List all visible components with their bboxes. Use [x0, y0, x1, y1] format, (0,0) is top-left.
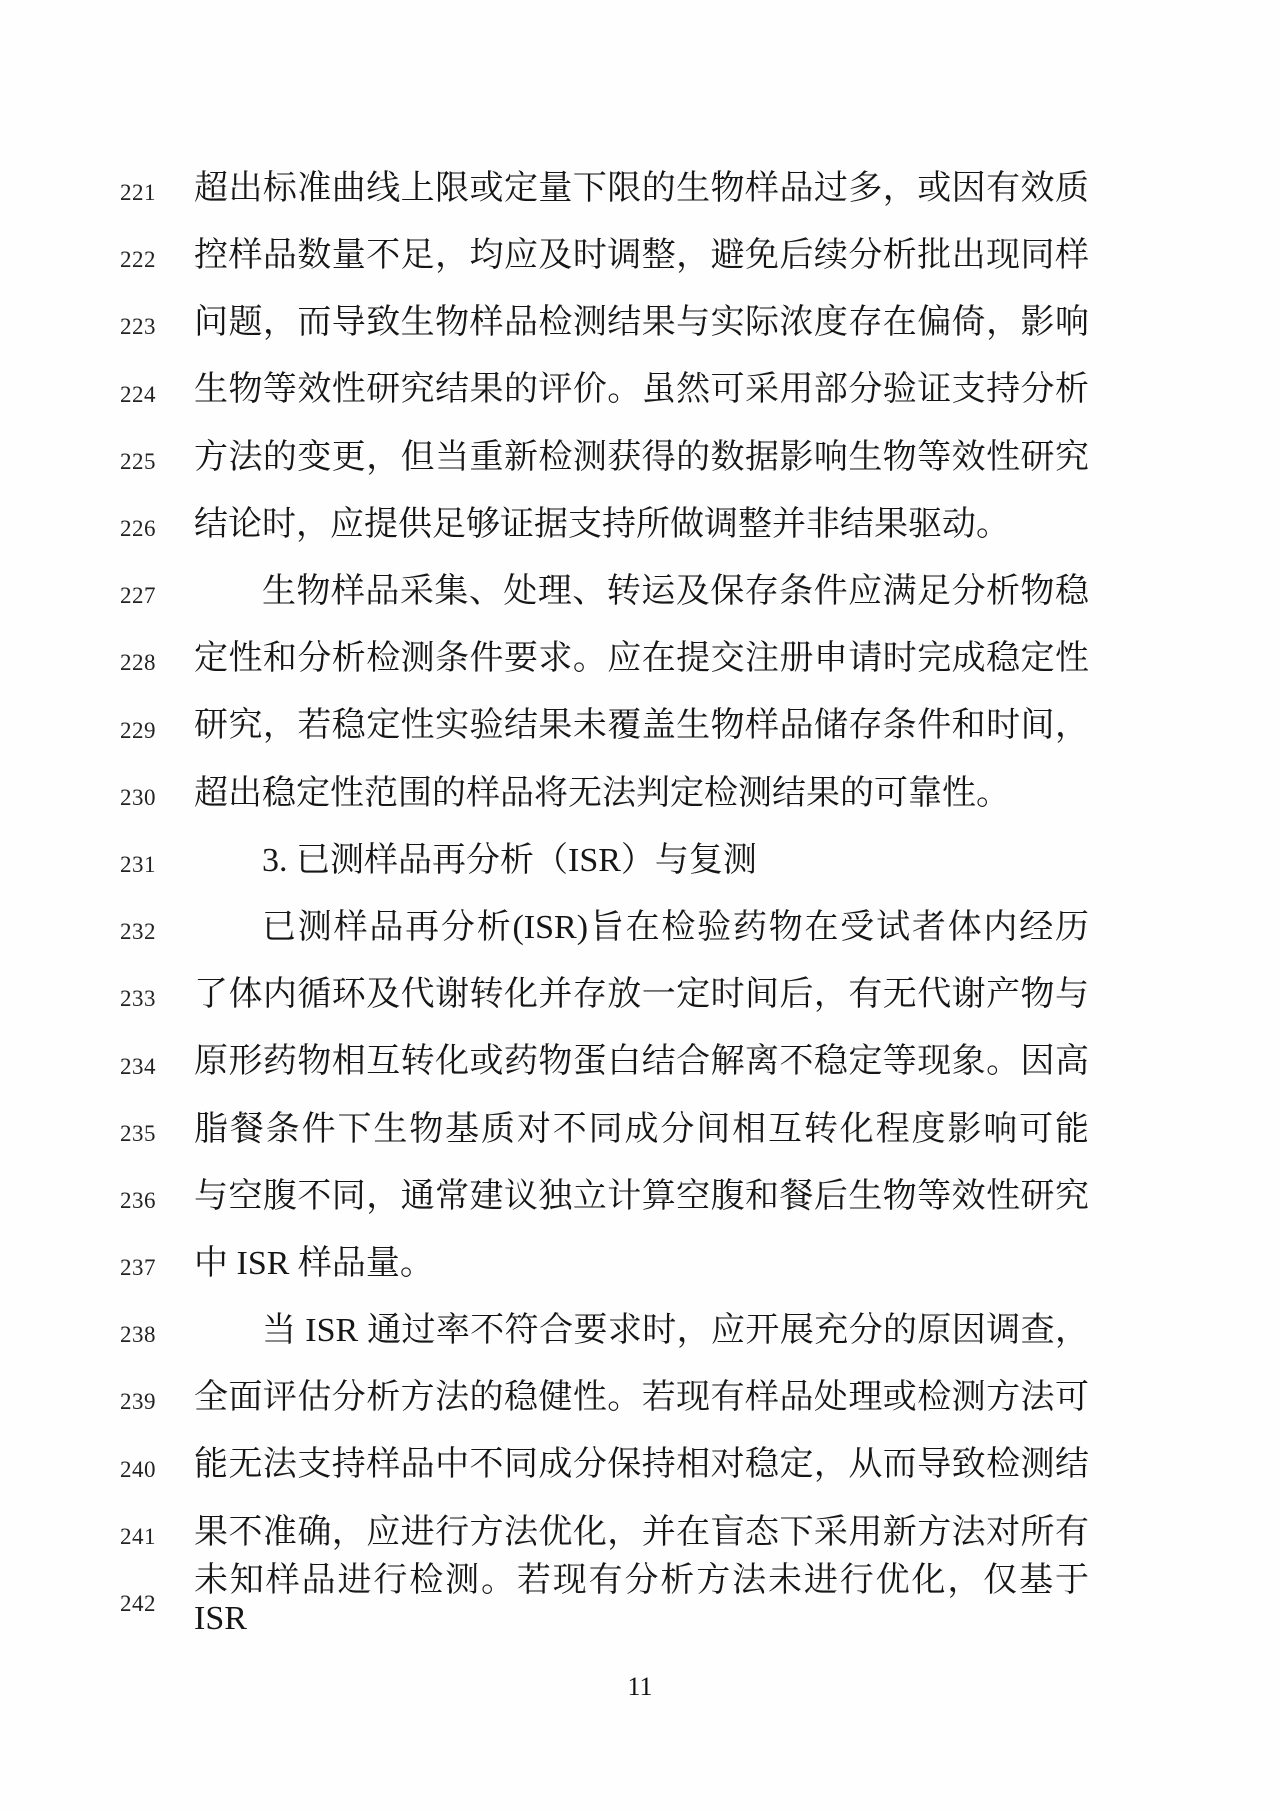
line-text: 控样品数量不足，均应及时调整，避免后续分析批出现同样	[194, 237, 1089, 274]
line-number: 235	[120, 1114, 194, 1145]
line-text: 原形药物相互转化或药物蛋白结合解离不稳定等现象。因高	[194, 1043, 1089, 1080]
line-text: 全面评估分析方法的稳健性。若现有样品处理或检测方法可	[194, 1379, 1089, 1416]
document-line: 226 结论时，应提供足够证据支持所做调整并非结果驱动。	[0, 491, 1280, 558]
line-number: 232	[120, 912, 194, 943]
document-line: 239 全面评估分析方法的稳健性。若现有样品处理或检测方法可	[0, 1364, 1280, 1431]
page-number: 11	[0, 1672, 1280, 1702]
document-line: 229 研究，若稳定性实验结果未覆盖生物样品储存条件和时间，	[0, 693, 1280, 760]
document-line: 223 问题，而导致生物样品检测结果与实际浓度存在偏倚，影响	[0, 289, 1280, 356]
line-text: 方法的变更，但当重新检测获得的数据影响生物等效性研究	[194, 439, 1089, 476]
line-number: 227	[120, 576, 194, 607]
document-line: 228 定性和分析检测条件要求。应在提交注册申请时完成稳定性	[0, 625, 1280, 692]
line-text: 已测样品再分析(ISR)旨在检验药物在受试者体内经历	[194, 909, 1089, 946]
line-text: 生物等效性研究结果的评价。虽然可采用部分验证支持分析	[194, 371, 1089, 408]
document-line: 236 与空腹不同，通常建议独立计算空腹和餐后生物等效性研究	[0, 1163, 1280, 1230]
line-text: 超出稳定性范围的样品将无法判定检测结果的可靠性。	[194, 775, 1089, 812]
line-text: 结论时，应提供足够证据支持所做调整并非结果驱动。	[194, 506, 1089, 543]
document-line: 240 能无法支持样品中不同成分保持相对稳定，从而导致检测结	[0, 1432, 1280, 1499]
document-line: 230 超出稳定性范围的样品将无法判定检测结果的可靠性。	[0, 760, 1280, 827]
line-text: 了体内循环及代谢转化并存放一定时间后，有无代谢产物与	[194, 976, 1089, 1013]
line-text: 与空腹不同，通常建议独立计算空腹和餐后生物等效性研究	[194, 1178, 1089, 1215]
line-text: 果不准确，应进行方法优化，并在盲态下采用新方法对所有	[194, 1514, 1089, 1551]
document-line: 237 中 ISR 样品量。	[0, 1230, 1280, 1297]
line-number: 231	[120, 845, 194, 876]
line-text: 定性和分析检测条件要求。应在提交注册申请时完成稳定性	[194, 640, 1089, 677]
document-line: 221 超出标准曲线上限或定量下限的生物样品过多，或因有效质	[0, 155, 1280, 222]
line-text: 生物样品采集、处理、转运及保存条件应满足分析物稳	[194, 573, 1089, 610]
document-line: 235 脂餐条件下生物基质对不同成分间相互转化程度影响可能	[0, 1096, 1280, 1163]
line-number: 230	[120, 778, 194, 809]
document-line: 233 了体内循环及代谢转化并存放一定时间后，有无代谢产物与	[0, 961, 1280, 1028]
line-number: 241	[120, 1517, 194, 1548]
line-number: 229	[120, 711, 194, 742]
line-number: 225	[120, 442, 194, 473]
line-text: 中 ISR 样品量。	[194, 1245, 1089, 1282]
line-number: 222	[120, 240, 194, 271]
line-text: 研究，若稳定性实验结果未覆盖生物样品储存条件和时间，	[194, 707, 1089, 744]
line-text: 脂餐条件下生物基质对不同成分间相互转化程度影响可能	[194, 1111, 1089, 1148]
line-number: 228	[120, 643, 194, 674]
line-number: 223	[120, 307, 194, 338]
text-body: 221 超出标准曲线上限或定量下限的生物样品过多，或因有效质 222 控样品数量…	[0, 155, 1280, 1633]
line-text: 能无法支持样品中不同成分保持相对稳定，从而导致检测结	[194, 1446, 1089, 1483]
document-line: 238 当 ISR 通过率不符合要求时，应开展充分的原因调查，	[0, 1297, 1280, 1364]
line-number: 237	[120, 1248, 194, 1279]
line-number: 233	[120, 979, 194, 1010]
document-line: 231 3. 已测样品再分析（ISR）与复测	[0, 827, 1280, 894]
line-text: 未知样品进行检测。若现有分析方法未进行优化，仅基于 ISR	[194, 1562, 1089, 1637]
document-page: 221 超出标准曲线上限或定量下限的生物样品过多，或因有效质 222 控样品数量…	[0, 0, 1280, 1810]
line-number: 240	[120, 1450, 194, 1481]
document-line: 222 控样品数量不足，均应及时调整，避免后续分析批出现同样	[0, 222, 1280, 289]
document-line: 234 原形药物相互转化或药物蛋白结合解离不稳定等现象。因高	[0, 1028, 1280, 1095]
line-number: 226	[120, 509, 194, 540]
document-line: 232 已测样品再分析(ISR)旨在检验药物在受试者体内经历	[0, 894, 1280, 961]
document-line: 227 生物样品采集、处理、转运及保存条件应满足分析物稳	[0, 558, 1280, 625]
document-line: 224 生物等效性研究结果的评价。虽然可采用部分验证支持分析	[0, 357, 1280, 424]
line-number: 234	[120, 1047, 194, 1078]
line-text: 超出标准曲线上限或定量下限的生物样品过多，或因有效质	[194, 170, 1089, 207]
line-number: 239	[120, 1382, 194, 1413]
line-number: 242	[120, 1584, 194, 1615]
line-number: 224	[120, 375, 194, 406]
line-text: 3. 已测样品再分析（ISR）与复测	[194, 842, 1089, 879]
document-line: 225 方法的变更，但当重新检测获得的数据影响生物等效性研究	[0, 424, 1280, 491]
line-text: 问题，而导致生物样品检测结果与实际浓度存在偏倚，影响	[194, 304, 1089, 341]
document-line: 241 果不准确，应进行方法优化，并在盲态下采用新方法对所有	[0, 1499, 1280, 1566]
line-number: 236	[120, 1181, 194, 1212]
line-number: 221	[120, 173, 194, 204]
document-line: 242 未知样品进行检测。若现有分析方法未进行优化，仅基于 ISR	[0, 1566, 1280, 1633]
line-number: 238	[120, 1315, 194, 1346]
line-text: 当 ISR 通过率不符合要求时，应开展充分的原因调查，	[194, 1312, 1089, 1349]
